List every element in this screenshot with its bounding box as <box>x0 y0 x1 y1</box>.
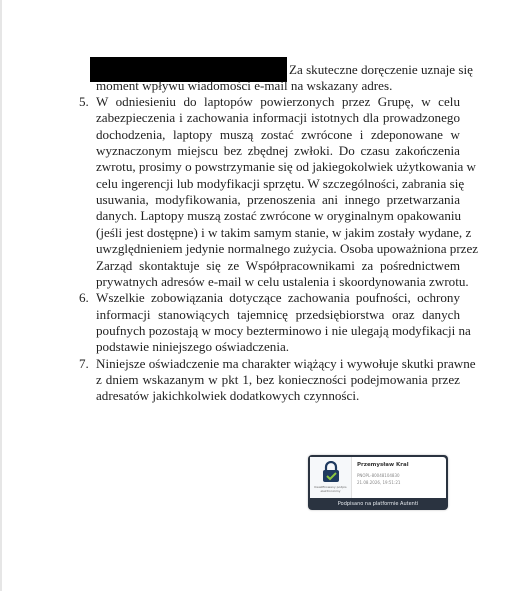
seal-caption: Kwalifikowany podpis elektroniczny <box>311 485 350 493</box>
text-line: z dniem wskazanym w pkt 1, bez konieczno… <box>96 372 460 388</box>
text-line: uwzględnieniem jedynie normalnego zużyci… <box>96 241 460 257</box>
text-line: informacji stanowiących tajemnicę przeds… <box>96 307 460 323</box>
text-line: Za skuteczne doręczenie uznaje się <box>289 62 460 78</box>
signature-card[interactable]: Kwalifikowany podpis elektroniczny Przem… <box>308 455 448 510</box>
page-edge <box>0 0 2 591</box>
text-line: celu ingerencji lub modyfikacji sprzętu.… <box>96 176 460 192</box>
text-line: danych. Laptopy muszą zostać zwrócone w … <box>96 208 460 224</box>
text-line: Niniejsze oświadczenie ma charakter wiąż… <box>96 356 460 372</box>
signature-timestamp: 21.08.2026, 19:51:21 <box>357 479 446 486</box>
signature-platform-footer: Podpisano na platformie Autenti <box>308 498 448 510</box>
text-line: podstawie niniejszego oświadczenia. <box>96 339 460 355</box>
list-number: 5. <box>79 94 89 110</box>
text-line: (jeśli jest dostępne) i w takim samym st… <box>96 225 460 241</box>
list-number: 6. <box>79 290 89 306</box>
lock-check-icon <box>322 461 340 483</box>
text-line: zabezpieczenia i zachowania informacji i… <box>96 110 460 126</box>
text-line: moment wpływu wiadomości e-mail na wskaz… <box>96 78 460 94</box>
signer-id: PNOPL-80048104830 <box>357 472 446 479</box>
text-line: W odniesieniu do laptopów powierzonych p… <box>96 94 460 110</box>
text-line: adresatów jakichkolwiek dodatkowych czyn… <box>96 388 460 404</box>
text-line: wyznaczonym miejscu bez zbędnej zwłoki. … <box>96 143 460 159</box>
signer-name: Przemysław Kral <box>357 462 446 468</box>
text-line: Zarząd skontaktuje się ze Współpracownik… <box>96 258 460 274</box>
signature-seal: Kwalifikowany podpis elektroniczny <box>310 457 352 498</box>
text-line: prywatnych adresów e-mail w celu ustalen… <box>96 274 460 290</box>
text-line: poufnych pozostają w mocy bezterminowo i… <box>96 323 460 339</box>
text-line: Wszelkie zobowiązania dotyczące zachowan… <box>96 290 460 306</box>
text-line: dochodzenia, laptopy muszą zostać zwróco… <box>96 127 460 143</box>
text-line: usuwania, modyfikowania, przenoszenia an… <box>96 192 460 208</box>
list-number: 7. <box>79 356 89 372</box>
text-line: zwrotu, prosimy o powstrzymanie się od j… <box>96 159 460 175</box>
